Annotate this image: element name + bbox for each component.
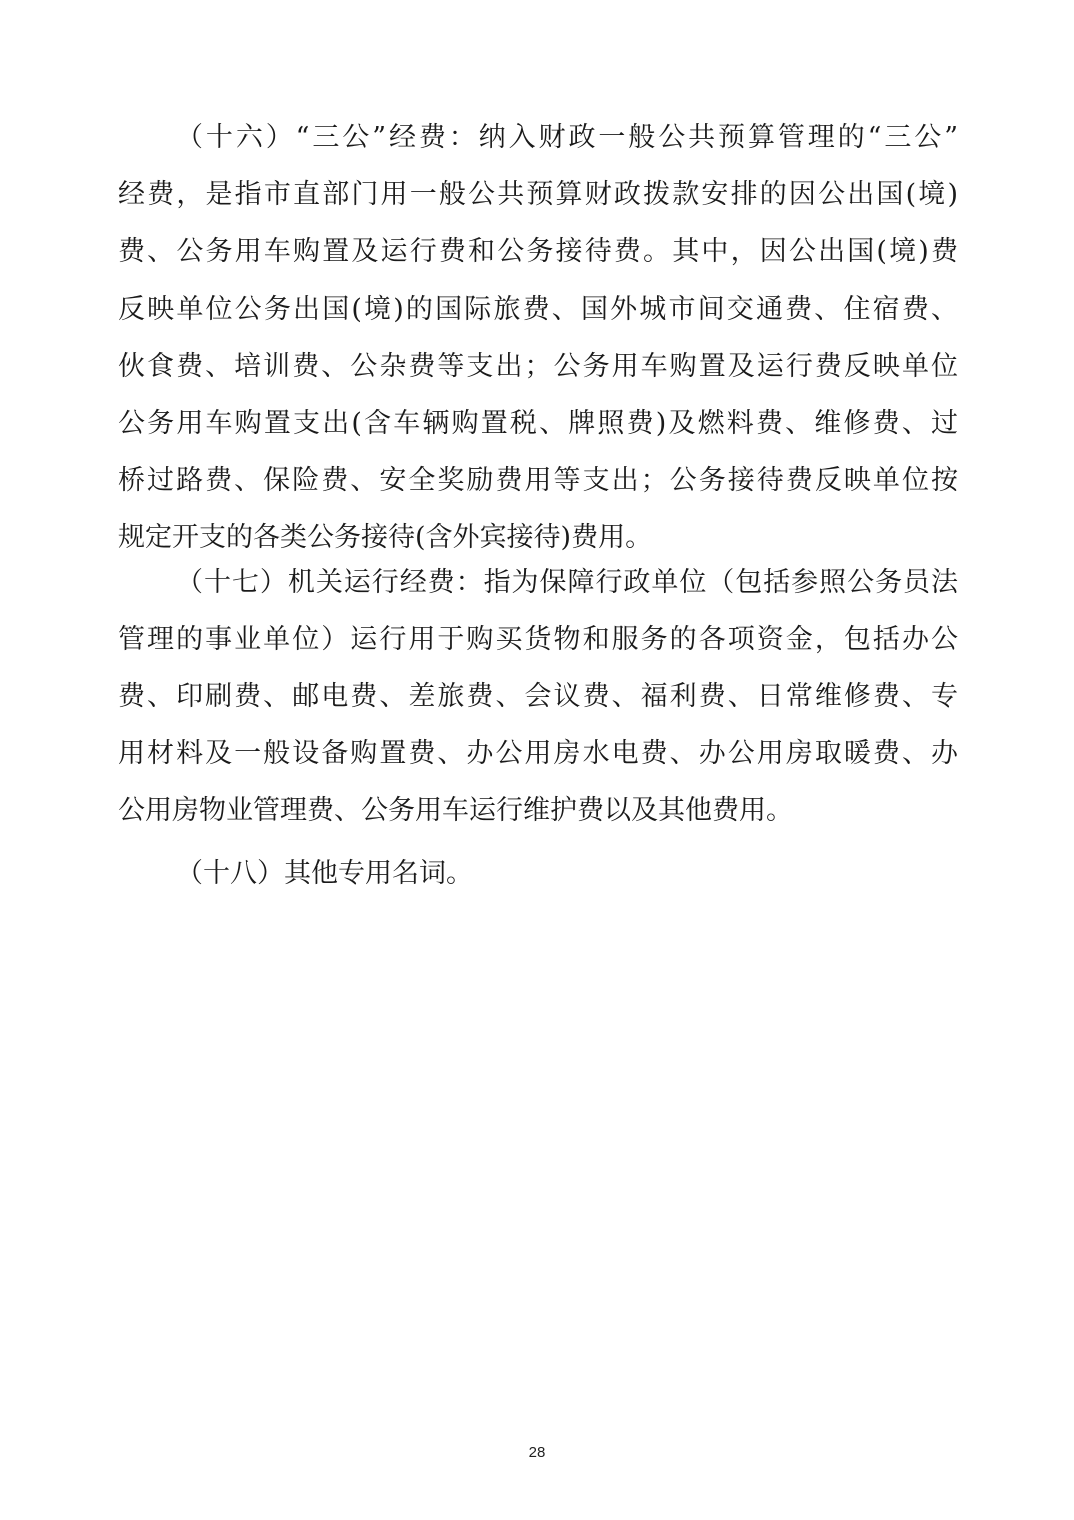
text-line: 伙食费、培训费、公杂费等支出；公务用车购置及运行费反映单位 bbox=[118, 347, 958, 387]
text-line: （十七）机关运行经费：指为保障行政单位（包括参照公务员法 bbox=[176, 563, 958, 603]
text-line: 反映单位公务出国(境)的国际旅费、国外城市间交通费、住宿费、 bbox=[118, 290, 958, 330]
text-line: 用材料及一般设备购置费、办公用房水电费、办公用房取暖费、办 bbox=[118, 734, 958, 774]
document-page: （十六）“三公”经费：纳入财政一般公共预算管理的“三公” 经费，是指市直部门用一… bbox=[0, 0, 1074, 1520]
text-line: 费、公务用车购置及运行费和公务接待费。其中，因公出国(境)费 bbox=[118, 232, 958, 272]
text-line: （十八）其他专用名词。 bbox=[176, 854, 958, 894]
text-line: （十六）“三公”经费：纳入财政一般公共预算管理的“三公” bbox=[176, 118, 958, 158]
text-line: 管理的事业单位）运行用于购买货物和服务的各项资金，包括办公 bbox=[118, 620, 958, 660]
text-line: 公务用车购置支出(含车辆购置税、牌照费)及燃料费、维修费、过 bbox=[118, 404, 958, 444]
page-number: 28 bbox=[0, 1444, 1074, 1461]
text-line: 规定开支的各类公务接待(含外宾接待)费用。 bbox=[118, 518, 958, 558]
text-line: 桥过路费、保险费、安全奖励费用等支出；公务接待费反映单位按 bbox=[118, 461, 958, 501]
text-line: 费、印刷费、邮电费、差旅费、会议费、福利费、日常维修费、专 bbox=[118, 677, 958, 717]
text-line: 公用房物业管理费、公务用车运行维护费以及其他费用。 bbox=[118, 791, 958, 831]
text-line: 经费，是指市直部门用一般公共预算财政拨款安排的因公出国(境) bbox=[118, 175, 958, 215]
